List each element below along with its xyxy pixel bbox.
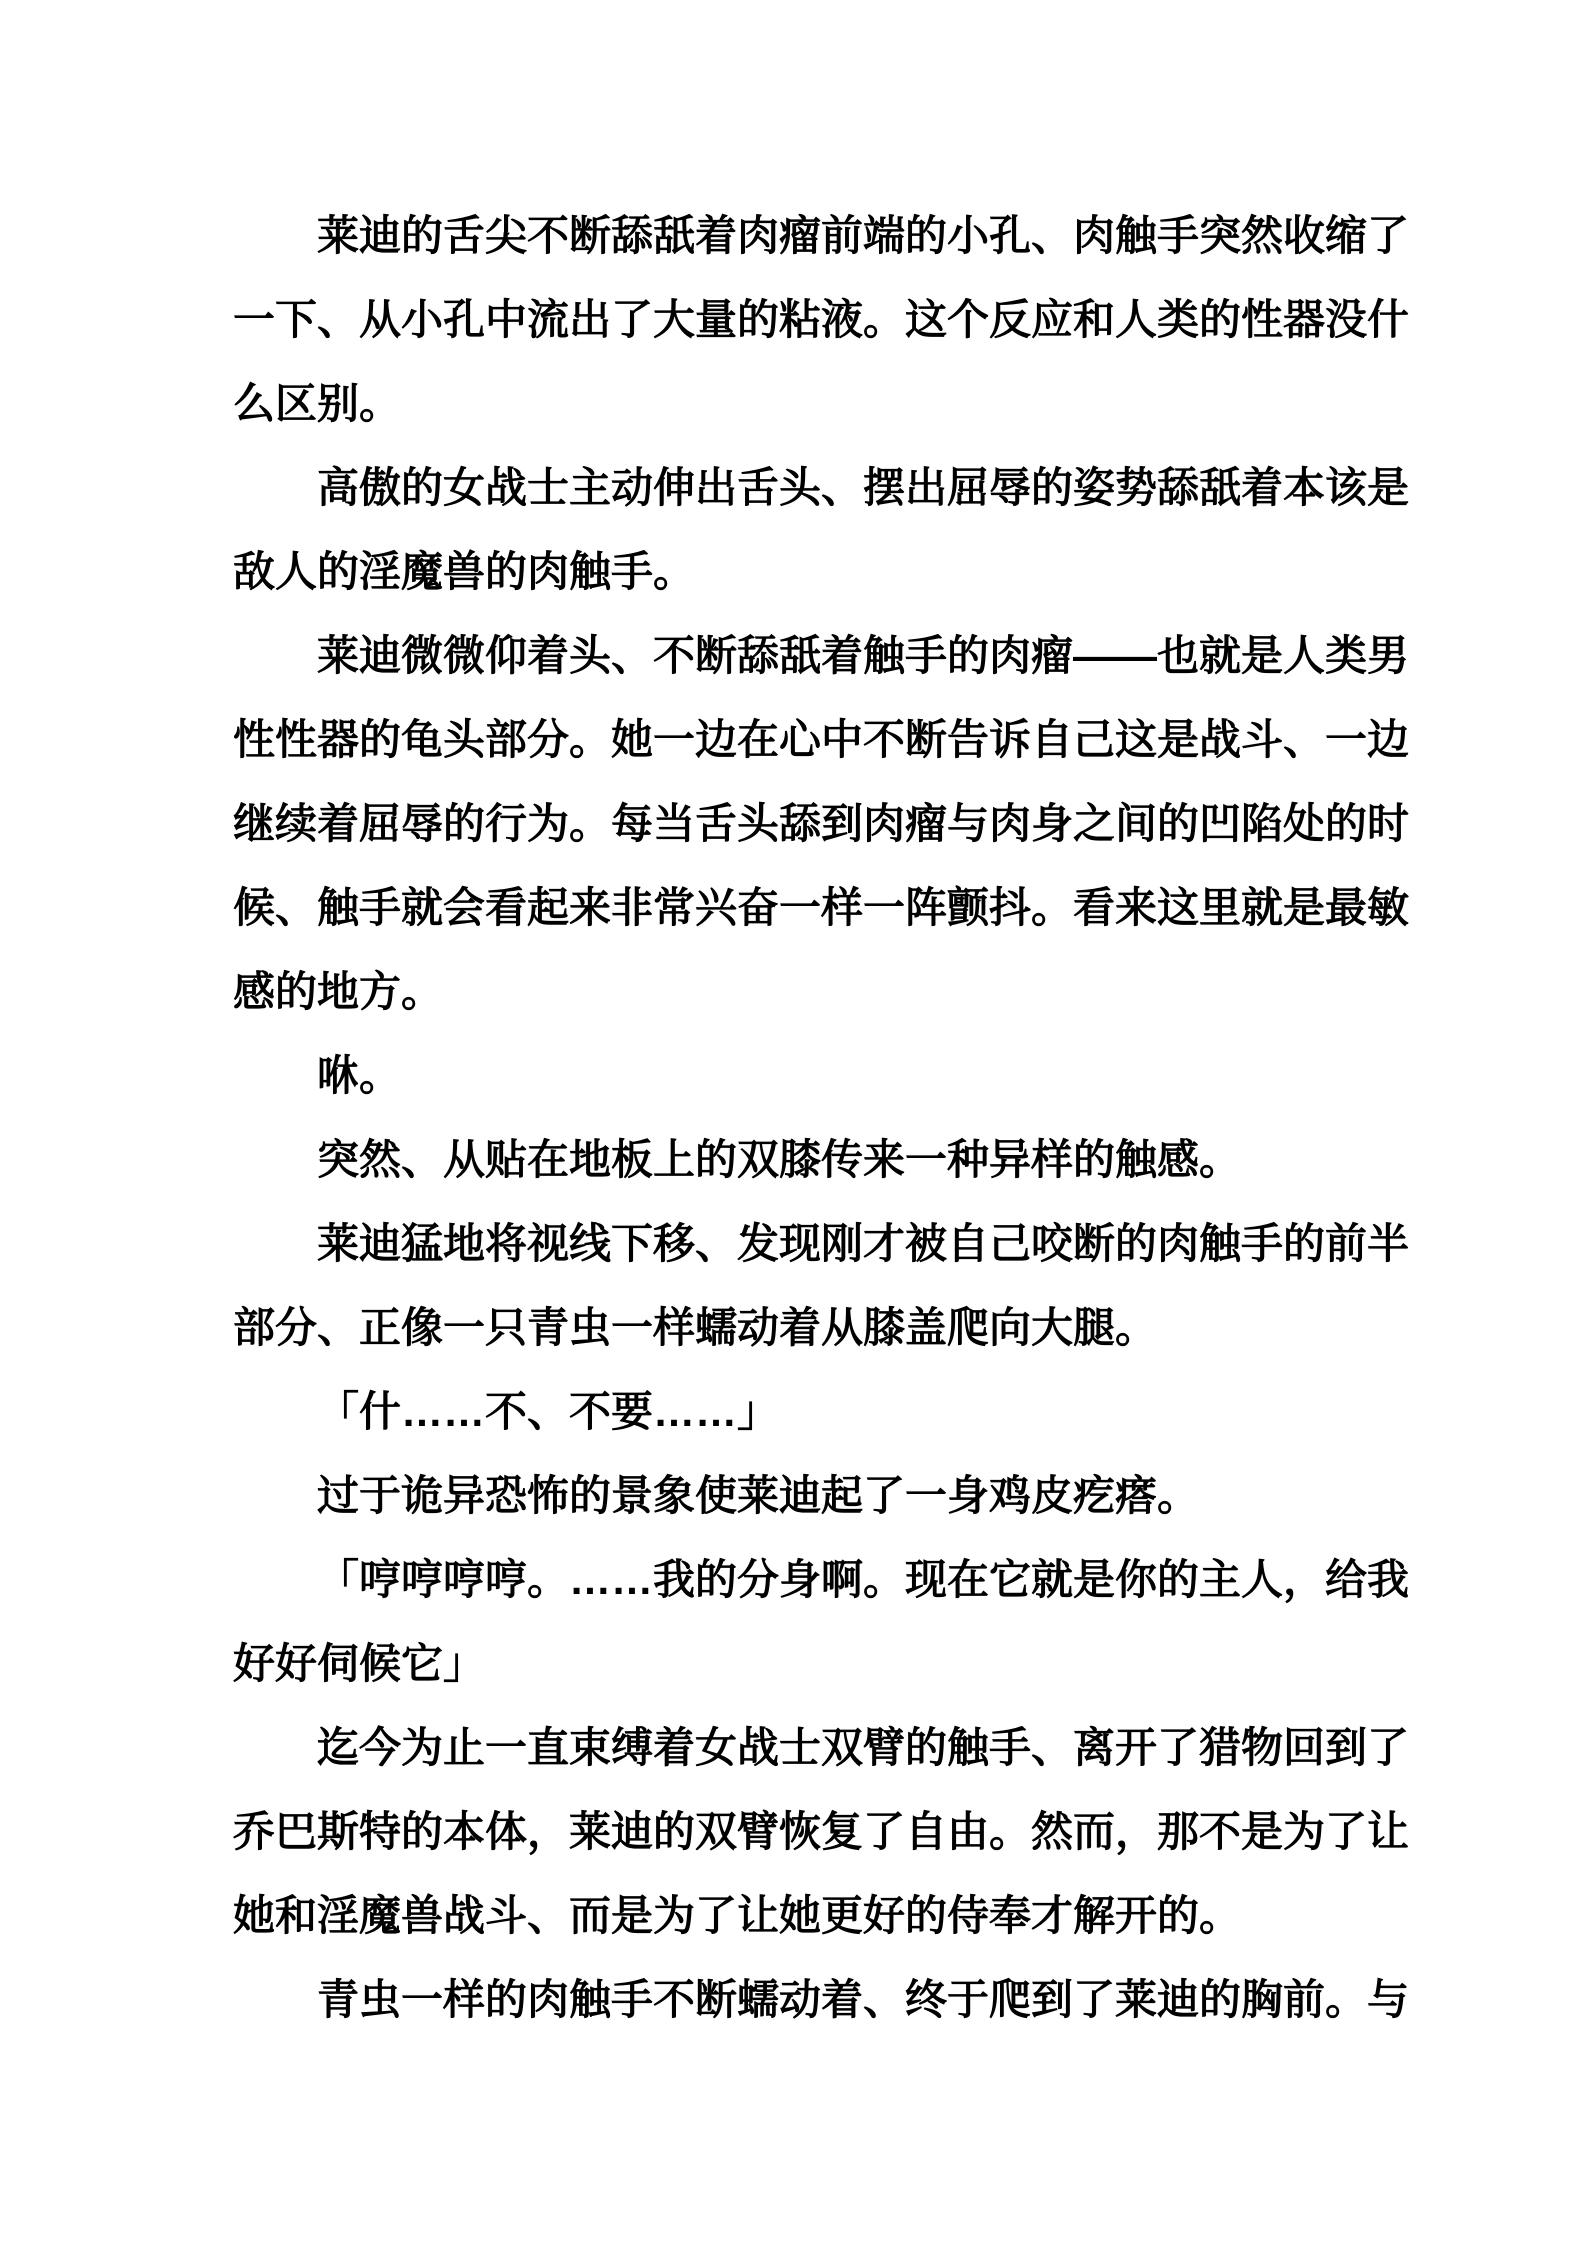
paragraph: 过于诡异恐怖的景象使莱迪起了一身鸡皮疙瘩。 bbox=[233, 1454, 1410, 1538]
paragraph: 迄今为止一直束缚着女战士双臂的触手、离开了猎物回到了乔巴斯特的本体，莱迪的双臂恢… bbox=[233, 1706, 1410, 1958]
paragraph: 「什……不、不要……」 bbox=[233, 1370, 1410, 1454]
paragraph: 突然、从贴在地板上的双膝传来一种异样的触感。 bbox=[233, 1118, 1410, 1202]
document-page: 莱迪的舌尖不断舔舐着肉瘤前端的小孔、肉触手突然收缩了一下、从小孔中流出了大量的粘… bbox=[0, 0, 1587, 2245]
novel-text: 莱迪的舌尖不断舔舐着肉瘤前端的小孔、肉触手突然收缩了一下、从小孔中流出了大量的粘… bbox=[233, 194, 1410, 2042]
paragraph: 青虫一样的肉触手不断蠕动着、终于爬到了莱迪的胸前。与 bbox=[233, 1958, 1410, 2042]
paragraph: 莱迪猛地将视线下移、发现刚才被自己咬断的肉触手的前半部分、正像一只青虫一样蠕动着… bbox=[233, 1202, 1410, 1370]
paragraph: 莱迪的舌尖不断舔舐着肉瘤前端的小孔、肉触手突然收缩了一下、从小孔中流出了大量的粘… bbox=[233, 194, 1410, 446]
paragraph: 高傲的女战士主动伸出舌头、摆出屈辱的姿势舔舐着本该是敌人的淫魔兽的肉触手。 bbox=[233, 446, 1410, 614]
paragraph: 莱迪微微仰着头、不断舔舐着触手的肉瘤——也就是人类男性性器的龟头部分。她一边在心… bbox=[233, 614, 1410, 1034]
paragraph: 「哼哼哼哼。……我的分身啊。现在它就是你的主人，给我好好伺候它」 bbox=[233, 1538, 1410, 1706]
paragraph: 咻。 bbox=[233, 1034, 1410, 1118]
